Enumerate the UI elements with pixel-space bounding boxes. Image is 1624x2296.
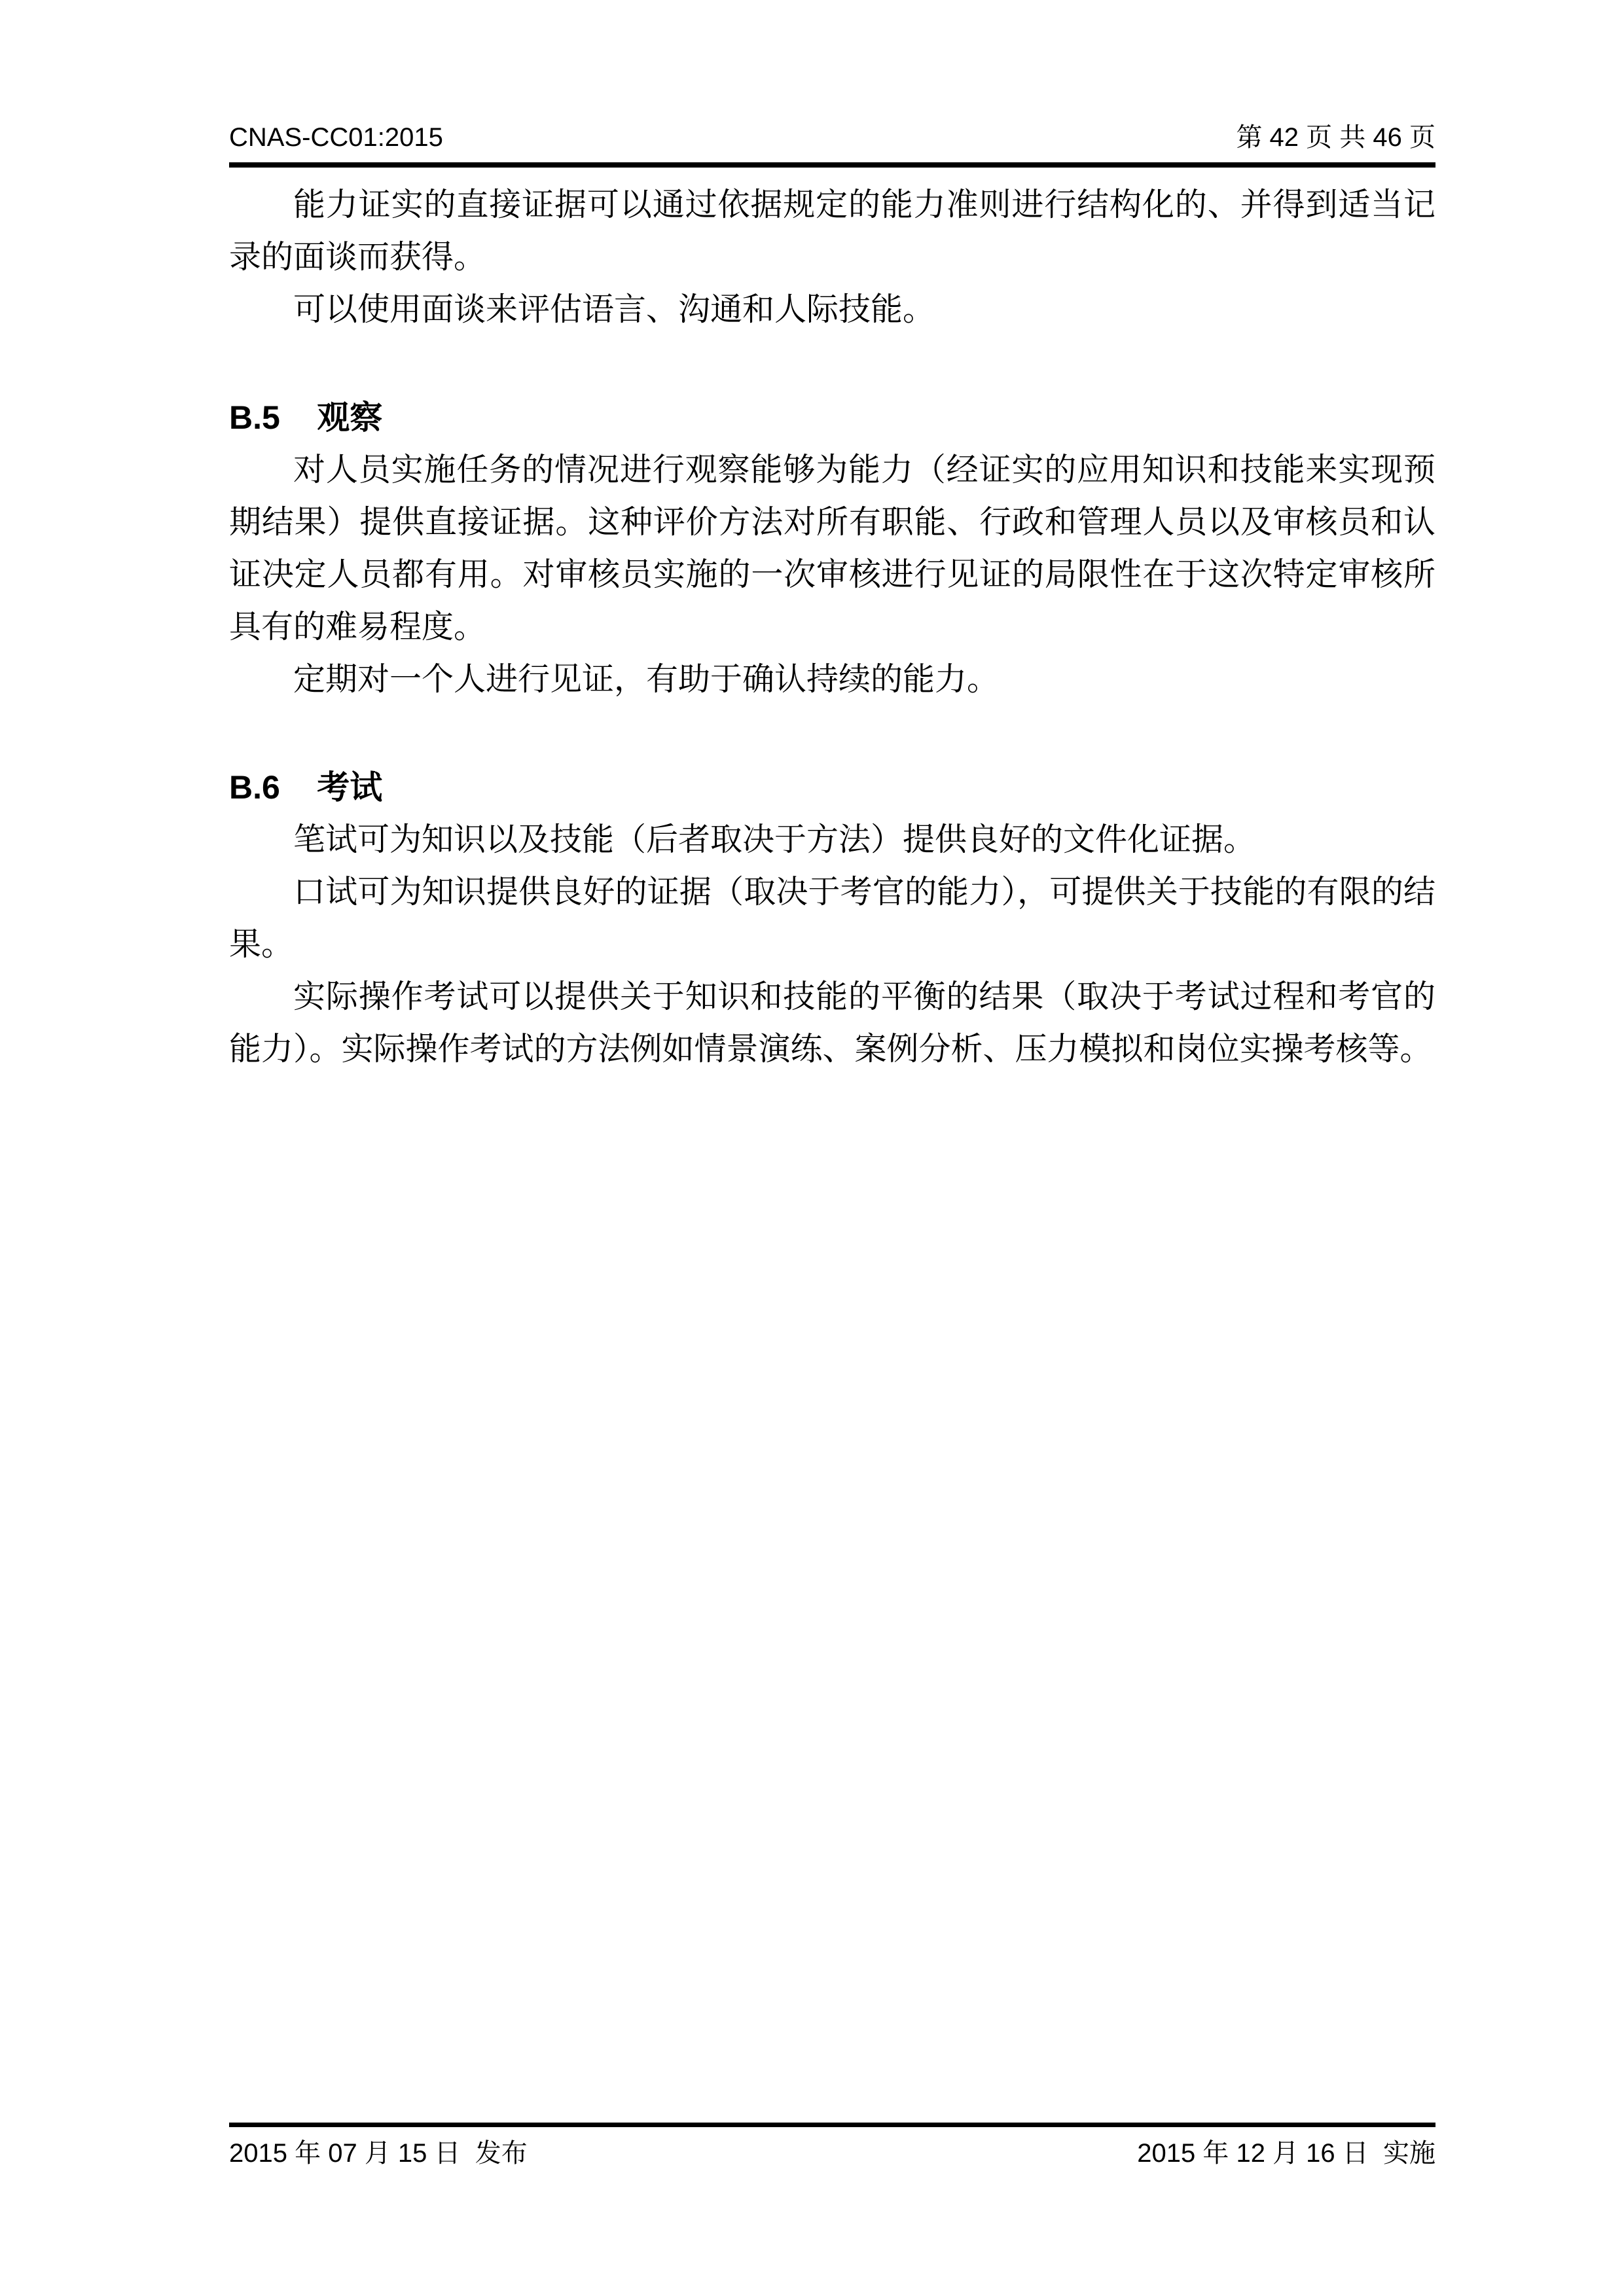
paragraph-oral-exam: 口试可为知识提供良好的证据（取决于考官的能力），可提供关于技能的有限的结果。 [229,866,1435,971]
page-footer: 2015 年 07 月 15 日 发布 2015 年 12 月 16 日 实施 [229,2123,1435,2169]
paragraph-written-exam: 笔试可为知识以及技能（后者取决于方法）提供良好的文件化证据。 [229,814,1435,866]
document-page: CNAS-CC01:2015 第 42 页 共 46 页 能力证实的直接证据可以… [0,0,1624,2296]
paragraph-interview-skills: 可以使用面谈来评估语言、沟通和人际技能。 [229,283,1435,336]
document-body: 能力证实的直接证据可以通过依据规定的能力准则进行结构化的、并得到适当记录的面谈而… [229,179,1435,1075]
paragraph-interview-evidence: 能力证实的直接证据可以通过依据规定的能力准则进行结构化的、并得到适当记录的面谈而… [229,179,1435,283]
section-title-b5: 观察 [317,399,382,436]
section-number-b5: B.5 [229,399,280,436]
paragraph-practical-exam: 实际操作考试可以提供关于知识和技能的平衡的结果（取决于考试过程和考官的能力）。实… [229,971,1435,1075]
doc-code: CNAS-CC01:2015 [229,122,443,153]
page-counter: 第 42 页 共 46 页 [1236,122,1435,153]
publish-date: 2015 年 07 月 15 日 发布 [229,2138,528,2169]
section-number-b6: B.6 [229,769,280,806]
implement-date: 2015 年 12 月 16 日 实施 [1137,2138,1435,2169]
page-header: CNAS-CC01:2015 第 42 页 共 46 页 [229,122,1435,168]
paragraph-observation-direct-evidence: 对人员实施任务的情况进行观察能够为能力（经证实的应用知识和技能来实现预期结果）提… [229,444,1435,653]
section-heading-b5-observation: B.5 观察 [229,391,1435,444]
section-heading-b6-examination: B.6 考试 [229,761,1435,814]
section-title-b6: 考试 [317,769,382,806]
paragraph-observation-periodic-witness: 定期对一个人进行见证，有助于确认持续的能力。 [229,653,1435,706]
